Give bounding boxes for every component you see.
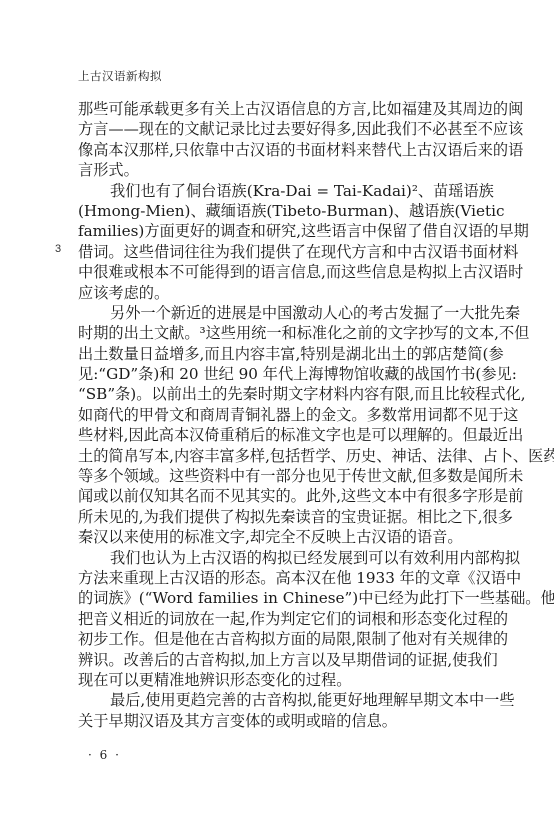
text-line: 初步工作。但是他在古音构拟方面的局限,限制了他对有关规律的 [78, 629, 464, 649]
page-number: · 6 · [88, 748, 121, 762]
text-line: 辨识。改善后的古音构拟,加上方言以及早期借词的证据,使我们 [78, 650, 464, 670]
paragraph: 那些可能承载更多有关上古汉语信息的方言,比如福建及其周边的闽 方言——现在的文献… [78, 99, 464, 181]
running-header: 上古汉语新构拟 [78, 68, 162, 84]
text-line: 等多个领域。这些资料中有一部分也见于传世文献,但多数是闻所未 [78, 466, 464, 486]
paragraph: 我们也有了侗台语族(Kra-Dai = Tai-Kadai)²、苗瑶语族 (Hm… [78, 181, 464, 303]
text-line: 方法来重现上古汉语的形态。高本汉在他 1933 年的文章《汉语中 [78, 568, 464, 588]
body-text: 那些可能承载更多有关上古汉语信息的方言,比如福建及其周边的闽 方言——现在的文献… [78, 99, 464, 731]
text-line: 把音义相近的词放在一起,作为判定它们的词根和形态变化过程的 [78, 609, 464, 629]
text-line: 我们也认为上古汉语的构拟已经发展到可以有效利用内部构拟 [78, 548, 464, 568]
text-line: 最后,使用更趋完善的古音构拟,能更好地理解早期文本中一些 [78, 690, 464, 710]
text-line: 见:“GD”条)和 20 世纪 90 年代上海博物馆收藏的战国竹书(参见: [78, 364, 464, 384]
text-line: 时期的出土文献。³这些用统一和标准化之前的文字抄写的文本,不但 [78, 323, 464, 343]
text-line: (Hmong-Mien)、藏缅语族(Tibeto-Burman)、越语族(Vie… [78, 201, 464, 221]
paragraph: 我们也认为上古汉语的构拟已经发展到可以有效利用内部构拟 方法来重现上古汉语的形态… [78, 548, 464, 691]
text-line: 我们也有了侗台语族(Kra-Dai = Tai-Kadai)²、苗瑶语族 [78, 181, 464, 201]
text-line: 言形式。 [78, 160, 464, 180]
text-line: 中很难或根本不可能得到的语言信息,而这些信息是构拟上古汉语时 [78, 262, 464, 282]
paragraph: 最后,使用更趋完善的古音构拟,能更好地理解早期文本中一些 关于早期汉语及其方言变… [78, 690, 464, 731]
text-line: 那些可能承载更多有关上古汉语信息的方言,比如福建及其周边的闽 [78, 99, 464, 119]
margin-page-marker: 3 [55, 243, 61, 255]
text-line: 的词族》(“Word families in Chinese”)中已经为此打下一… [78, 588, 464, 608]
text-line: 关于早期汉语及其方言变体的或明或暗的信息。 [78, 711, 464, 731]
text-line: 出土数量日益增多,而且内容丰富,特别是湖北出土的郭店楚简(参 [78, 344, 464, 364]
text-line: 另外一个新近的进展是中国激动人心的考古发掘了一大批先秦 [78, 303, 464, 323]
text-line: 像高本汉那样,只依靠中古汉语的书面材料来替代上古汉语后来的语 [78, 140, 464, 160]
text-line: 如商代的甲骨文和商周青铜礼器上的金文。多数常用词都不见于这 [78, 405, 464, 425]
text-line: 所未见的,为我们提供了构拟先秦读音的宝贵证据。相比之下,很多 [78, 507, 464, 527]
text-line: 应该考虑的。 [78, 283, 464, 303]
text-line: families)方面更好的调查和研究,这些语言中保留了借自汉语的早期 [78, 221, 464, 241]
text-line: 现在可以更精准地辨识形态变化的过程。 [78, 670, 464, 690]
text-line: 方言——现在的文献记录比过去要好得多,因此我们不必甚至不应该 [78, 119, 464, 139]
text-line: 闻或以前仅知其名而不见其实的。此外,这些文本中有很多字形是前 [78, 486, 464, 506]
text-line: 些材料,因此高本汉倚重稍后的标准文字也是可以理解的。但最近出 [78, 425, 464, 445]
text-line: 秦汉以来使用的标准文字,却完全不反映上古汉语的语音。 [78, 527, 464, 547]
text-line: “SB”条)。以前出土的先秦时期文字材料内容有限,而且比较程式化, [78, 384, 464, 404]
text-line: 借词。这些借词往往为我们提供了在现代方言和中古汉语书面材料 [78, 242, 464, 262]
paragraph: 另外一个新近的进展是中国激动人心的考古发掘了一大批先秦 时期的出土文献。³这些用… [78, 303, 464, 548]
text-line: 土的简帛写本,内容丰富多样,包括哲学、历史、神话、法律、占卜、医药 [78, 446, 464, 466]
